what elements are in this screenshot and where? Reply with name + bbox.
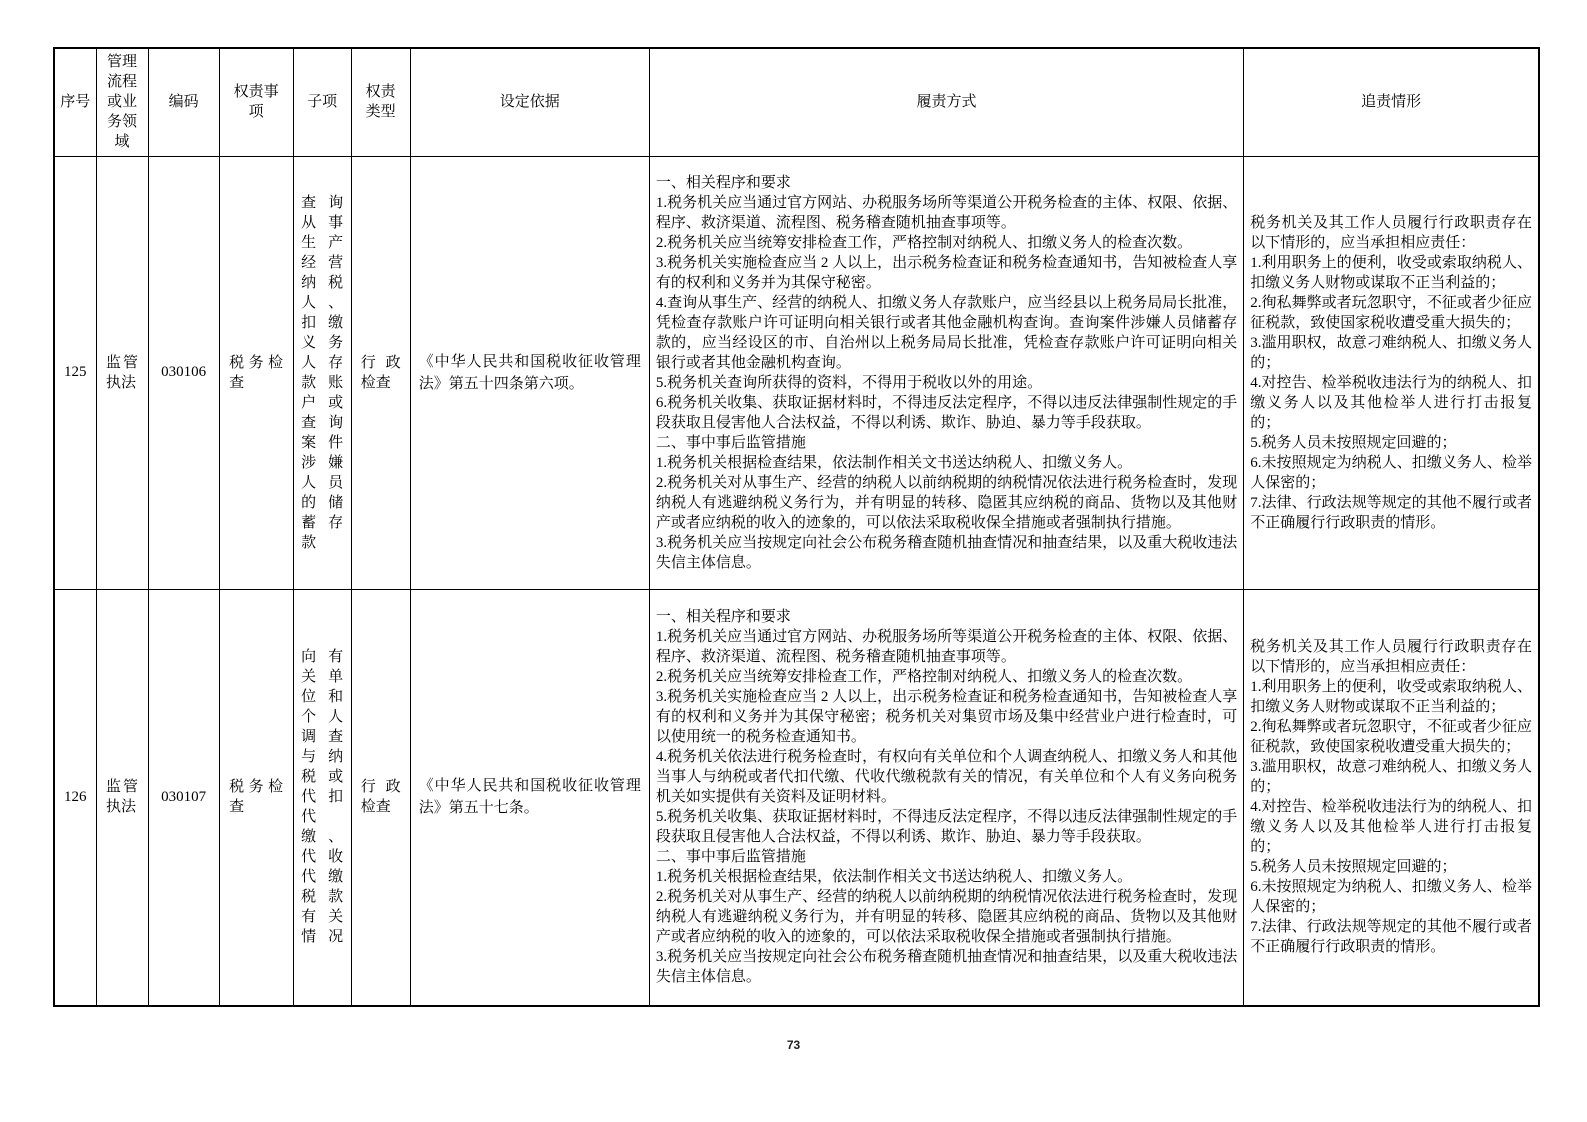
cell-serial: 126: [54, 589, 96, 1006]
cell-code: 030106: [148, 156, 219, 589]
header-basis: 设定依据: [410, 48, 649, 156]
cell-subitem: 向有关单位和个人调查与纳税或代扣代缴、代收代缴税款有关情况: [293, 589, 351, 1006]
header-type: 权责类型: [351, 48, 410, 156]
header-row: 序号 管理流程或业务领域 编码 权责事项 子项 权责类型 设定依据 履责方式 追…: [54, 48, 1539, 156]
cell-basis: 《中华人民共和国税收征收管理法》第五十七条。: [410, 589, 649, 1006]
cell-item: 税务检查: [219, 589, 293, 1006]
cell-accountability: 税务机关及其工作人员履行行政职责存在以下情形的，应当承担相应责任： 1.利用职务…: [1244, 156, 1539, 589]
header-item: 权责事项: [219, 48, 293, 156]
cell-type: 行政检查: [351, 589, 410, 1006]
cell-method: 一、相关程序和要求 1.税务机关应当通过官方网站、办税服务场所等渠道公开税务检查…: [649, 589, 1243, 1006]
cell-serial: 125: [54, 156, 96, 589]
header-accountability: 追责情形: [1244, 48, 1539, 156]
cell-area: 监管执法: [96, 156, 148, 589]
cell-basis: 《中华人民共和国税收征收管理法》第五十四条第六项。: [410, 156, 649, 589]
document-page: 序号 管理流程或业务领域 编码 权责事项 子项 权责类型 设定依据 履责方式 追…: [0, 0, 1587, 1122]
header-serial: 序号: [54, 48, 96, 156]
table-row-125: 125 监管执法 030106 税务检查 查询从事生产经营纳税人、扣缴义务人存款…: [54, 156, 1539, 589]
cell-type: 行政检查: [351, 156, 410, 589]
cell-item: 税务检查: [219, 156, 293, 589]
cell-accountability: 税务机关及其工作人员履行行政职责存在以下情形的，应当承担相应责任： 1.利用职务…: [1244, 589, 1539, 1006]
header-code: 编码: [148, 48, 219, 156]
table-row-126: 126 监管执法 030107 税务检查 向有关单位和个人调查与纳税或代扣代缴、…: [54, 589, 1539, 1006]
header-method: 履责方式: [649, 48, 1243, 156]
cell-subitem: 查询从事生产经营纳税人、扣缴义务人存款账户或查询案件涉嫌人员的储蓄存款: [293, 156, 351, 589]
cell-code: 030107: [148, 589, 219, 1006]
page-number: 73: [0, 1038, 1587, 1052]
cell-area: 监管执法: [96, 589, 148, 1006]
header-area: 管理流程或业务领域: [96, 48, 148, 156]
header-subitem: 子项: [293, 48, 351, 156]
duty-table: 序号 管理流程或业务领域 编码 权责事项 子项 权责类型 设定依据 履责方式 追…: [53, 47, 1540, 1007]
cell-method: 一、相关程序和要求 1.税务机关应当通过官方网站、办税服务场所等渠道公开税务检查…: [649, 156, 1243, 589]
